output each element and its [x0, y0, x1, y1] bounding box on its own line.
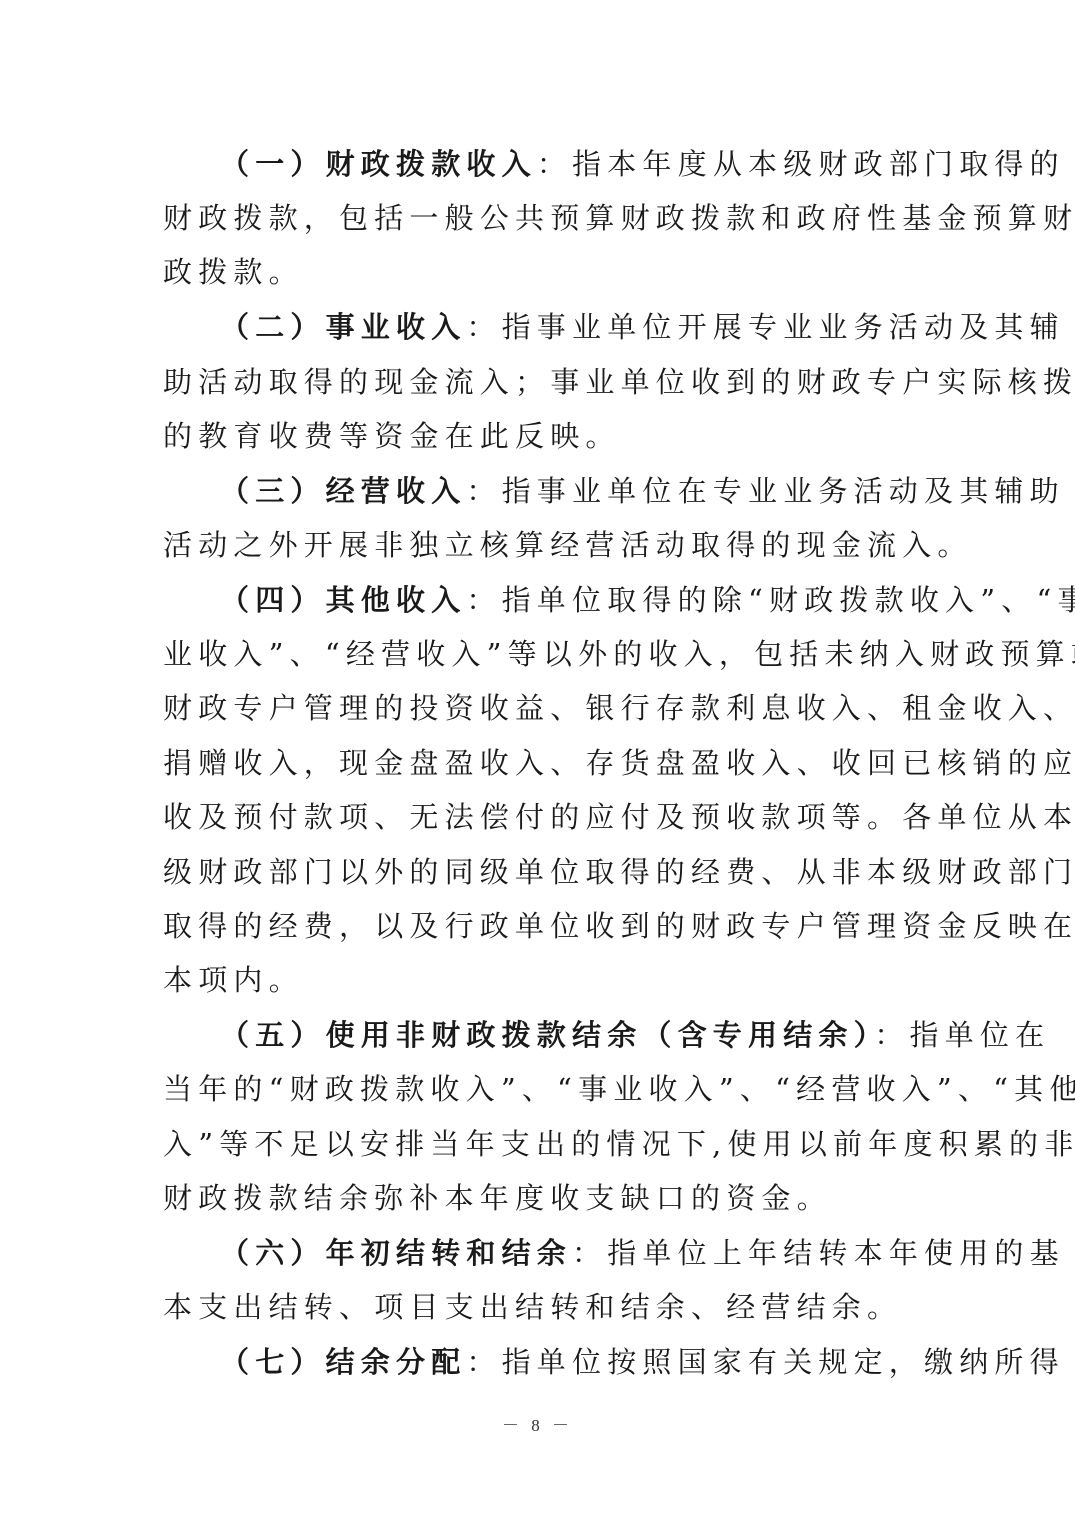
- document-page: （一）财政拨款收入：指本年度从本级财政部门取得的 财政拨款，包括一般公共预算财政…: [0, 0, 1075, 1520]
- paragraph-3-line-2: 活动之外开展非独立核算经营活动取得的现金流入。: [163, 527, 913, 563]
- paragraph-3-heading: （三）经营收入: [220, 474, 466, 508]
- paragraph-2-line-2: 助活动取得的现金流入；事业单位收到的财政专户实际核拨: [163, 364, 913, 400]
- paragraph-5-line-1: （五）使用非财政拨款结余（含专用结余）：指单位在: [220, 1017, 913, 1053]
- paragraph-1-heading: （一）财政拨款收入: [220, 147, 537, 181]
- paragraph-4-heading: （四）其他收入: [220, 583, 466, 617]
- paragraph-5-line-4: 财政拨款结余弥补本年度收支缺口的资金。: [163, 1180, 913, 1216]
- paragraph-5-line-3: 入”等不足以安排当年支出的情况下,使用以前年度积累的非: [163, 1126, 913, 1162]
- paragraph-5-line-2: 当年的“财政拨款收入”、“事业收入”、“经营收入”、“其他收: [163, 1071, 913, 1107]
- paragraph-6-line-2: 本支出结转、项目支出结转和结余、经营结余。: [163, 1289, 913, 1325]
- paragraph-4-line-7: 取得的经费，以及行政单位收到的财政专户管理资金反映在: [163, 908, 913, 944]
- paragraph-6-heading: （六）年初结转和结余: [220, 1236, 572, 1270]
- paragraph-4-line-2: 业收入”、“经营收入”等以外的收入，包括未纳入财政预算或: [163, 636, 913, 672]
- paragraph-4-line-6: 级财政部门以外的同级单位取得的经费、从非本级财政部门: [163, 854, 913, 890]
- paragraph-4-line-5: 收及预付款项、无法偿付的应付及预收款项等。各单位从本: [163, 799, 913, 835]
- paragraph-7-line-1: （七）结余分配：指单位按照国家有关规定，缴纳所得: [220, 1344, 913, 1380]
- paragraph-1-line-3: 政拨款。: [163, 254, 913, 290]
- page-number: － 8 －: [0, 1411, 1075, 1436]
- paragraph-3-line-1: （三）经营收入：指事业单位在专业业务活动及其辅助: [220, 473, 913, 509]
- paragraph-4-line-1: （四）其他收入：指单位取得的除“财政拨款收入”、“事: [220, 582, 913, 618]
- paragraph-2-line-3: 的教育收费等资金在此反映。: [163, 418, 913, 454]
- paragraph-2-line-1: （二）事业收入：指事业单位开展专业业务活动及其辅: [220, 309, 913, 345]
- paragraph-5-heading: （五）使用非财政拨款结余（含专用结余）: [220, 1018, 874, 1052]
- paragraph-1-line-2: 财政拨款，包括一般公共预算财政拨款和政府性基金预算财: [163, 200, 913, 236]
- paragraph-7-heading: （七）结余分配: [220, 1345, 466, 1379]
- paragraph-4-line-3: 财政专户管理的投资收益、银行存款利息收入、租金收入、: [163, 690, 913, 726]
- paragraph-6-line-1: （六）年初结转和结余：指单位上年结转本年使用的基: [220, 1235, 913, 1271]
- paragraph-1-line-1: （一）财政拨款收入：指本年度从本级财政部门取得的: [220, 146, 913, 182]
- paragraph-4-line-8: 本项内。: [163, 962, 913, 998]
- paragraph-4-line-4: 捐赠收入，现金盘盈收入、存货盘盈收入、收回已核销的应: [163, 745, 913, 781]
- paragraph-2-heading: （二）事业收入: [220, 310, 466, 344]
